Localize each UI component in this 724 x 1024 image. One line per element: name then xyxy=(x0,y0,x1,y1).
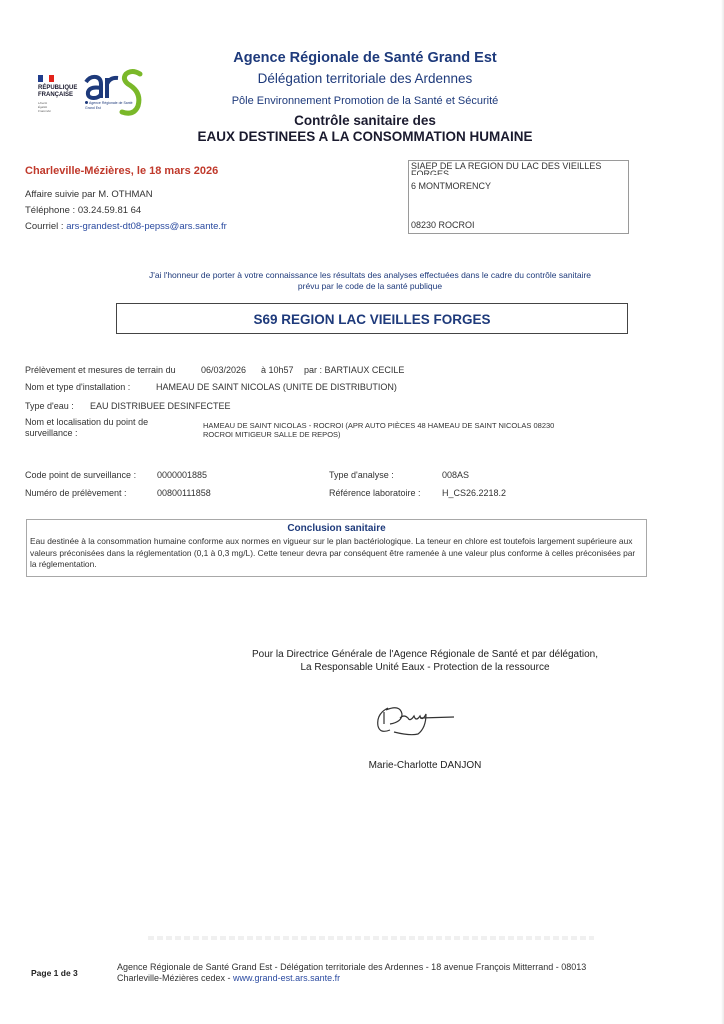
point-code-label: Code point de surveillance : xyxy=(25,470,136,480)
installation-value: HAMEAU DE SAINT NICOLAS (UNITE DE DISTRI… xyxy=(156,382,397,392)
signature-role: La Responsable Unité Eaux - Protection d… xyxy=(200,662,650,673)
sampler-name: BARTIAUX CECILE xyxy=(325,365,405,375)
intro-text: J'ai l'honneur de porter à votre connais… xyxy=(100,270,640,292)
analysis-type-value: 008AS xyxy=(442,470,469,480)
french-flag-icon xyxy=(38,75,54,82)
sampling-time: à 10h57 xyxy=(261,365,294,375)
footer-city: Charleville-Mézières cedex - xyxy=(117,973,233,983)
phone-line: Téléphone : 03.24.59.81 64 xyxy=(25,205,141,216)
followed-by: Affaire suivie par M. OTHMAN xyxy=(25,189,153,200)
email-line: Courriel : ars-grandest-dt08-pepss@ars.s… xyxy=(25,221,227,232)
intro-line-1: J'ai l'honneur de porter à votre connais… xyxy=(100,270,640,281)
republique-francaise-logo: RÉPUBLIQUE FRANÇAISE Liberté Égalité Fra… xyxy=(38,75,78,113)
page-number: Page 1 de 3 xyxy=(31,968,78,978)
footer-address: Agence Régionale de Santé Grand Est - Dé… xyxy=(117,962,586,972)
lab-ref-value: H_CS26.2218.2 xyxy=(442,488,506,498)
lab-ref-label: Référence laboratoire : xyxy=(329,488,421,498)
conclusion-title: Conclusion sanitaire xyxy=(27,523,646,534)
document-title-1: Contrôle sanitaire des xyxy=(150,113,580,128)
sample-number-label: Numéro de prélèvement : xyxy=(25,488,127,498)
location-label-2: surveillance : xyxy=(25,428,148,439)
point-code-value: 0000001885 xyxy=(157,470,207,480)
signature-delegation: Pour la Directrice Générale de l'Agence … xyxy=(200,649,650,660)
installation-label: Nom et type d'installation : xyxy=(25,382,130,392)
ars-logo: Agence Régionale de Santé Grand Est xyxy=(82,68,147,118)
phone-value: 03.24.59.81 64 xyxy=(78,205,141,216)
recipient-line-2: FORGES xyxy=(411,169,449,175)
water-type-label: Type d'eau : xyxy=(25,401,74,411)
handwritten-signature-icon xyxy=(370,700,460,740)
rf-text-2: FRANÇAISE xyxy=(38,92,78,99)
report-title: S69 REGION LAC VIEILLES FORGES xyxy=(253,312,490,327)
rf-text-1: RÉPUBLIQUE xyxy=(38,85,78,92)
location-label-1: Nom et localisation du point de xyxy=(25,417,148,428)
ars-subtitle-2: Grand Est xyxy=(85,106,133,111)
recipient-address-box: SIAEP DE LA REGION DU LAC DES VIEILLES F… xyxy=(408,160,629,234)
email-label: Courriel : xyxy=(25,221,66,232)
footer-website-link[interactable]: www.grand-est.ars.sante.fr xyxy=(233,973,340,983)
rf-motto-3: Fraternité xyxy=(38,109,78,113)
sampling-date: 06/03/2026 xyxy=(201,365,246,375)
ars-subtitle-1: Agence Régionale de Santé xyxy=(89,101,133,105)
sampling-label: Prélèvement et mesures de terrain du xyxy=(25,365,176,375)
report-title-box: S69 REGION LAC VIEILLES FORGES xyxy=(116,303,628,334)
agency-name: Agence Régionale de Santé Grand Est xyxy=(150,50,580,66)
footer-city-line: Charleville-Mézières cedex - www.grand-e… xyxy=(117,973,340,983)
delegation-name: Délégation territoriale des Ardennes xyxy=(150,71,580,86)
recipient-line-4: 08230 ROCROI xyxy=(411,220,475,230)
location-value-2: ROCROI MITIGEUR SALLE DE REPOS) xyxy=(203,430,554,439)
location-value: HAMEAU DE SAINT NICOLAS - ROCROI (APR AU… xyxy=(203,421,554,439)
recipient-line-3: 6 MONTMORENCY xyxy=(411,181,491,191)
signatory-name: Marie-Charlotte DANJON xyxy=(200,760,650,771)
phone-label: Téléphone : xyxy=(25,205,78,216)
location-label: Nom et localisation du point de surveill… xyxy=(25,417,148,439)
place-date: Charleville-Mézières, le 18 mars 2026 xyxy=(25,165,218,177)
pole-name: Pôle Environnement Promotion de la Santé… xyxy=(150,95,580,107)
location-value-1: HAMEAU DE SAINT NICOLAS - ROCROI (APR AU… xyxy=(203,421,554,430)
sampler: par : BARTIAUX CECILE xyxy=(304,365,404,375)
faint-scan-line xyxy=(148,936,594,940)
conclusion-text: Eau destinée à la consommation humaine c… xyxy=(30,536,643,571)
analysis-type-label: Type d'analyse : xyxy=(329,470,394,480)
sample-number-value: 00800111858 xyxy=(157,488,211,498)
sampler-label: par : xyxy=(304,365,325,375)
email-link[interactable]: ars-grandest-dt08-pepss@ars.sante.fr xyxy=(66,221,227,232)
conclusion-box: Conclusion sanitaire Eau destinée à la c… xyxy=(26,519,647,577)
document-title-2: EAUX DESTINEES A LA CONSOMMATION HUMAINE xyxy=(150,129,580,144)
water-type-value: EAU DISTRIBUEE DESINFECTEE xyxy=(90,401,231,411)
intro-line-2: prévu par le code de la santé publique xyxy=(100,281,640,292)
